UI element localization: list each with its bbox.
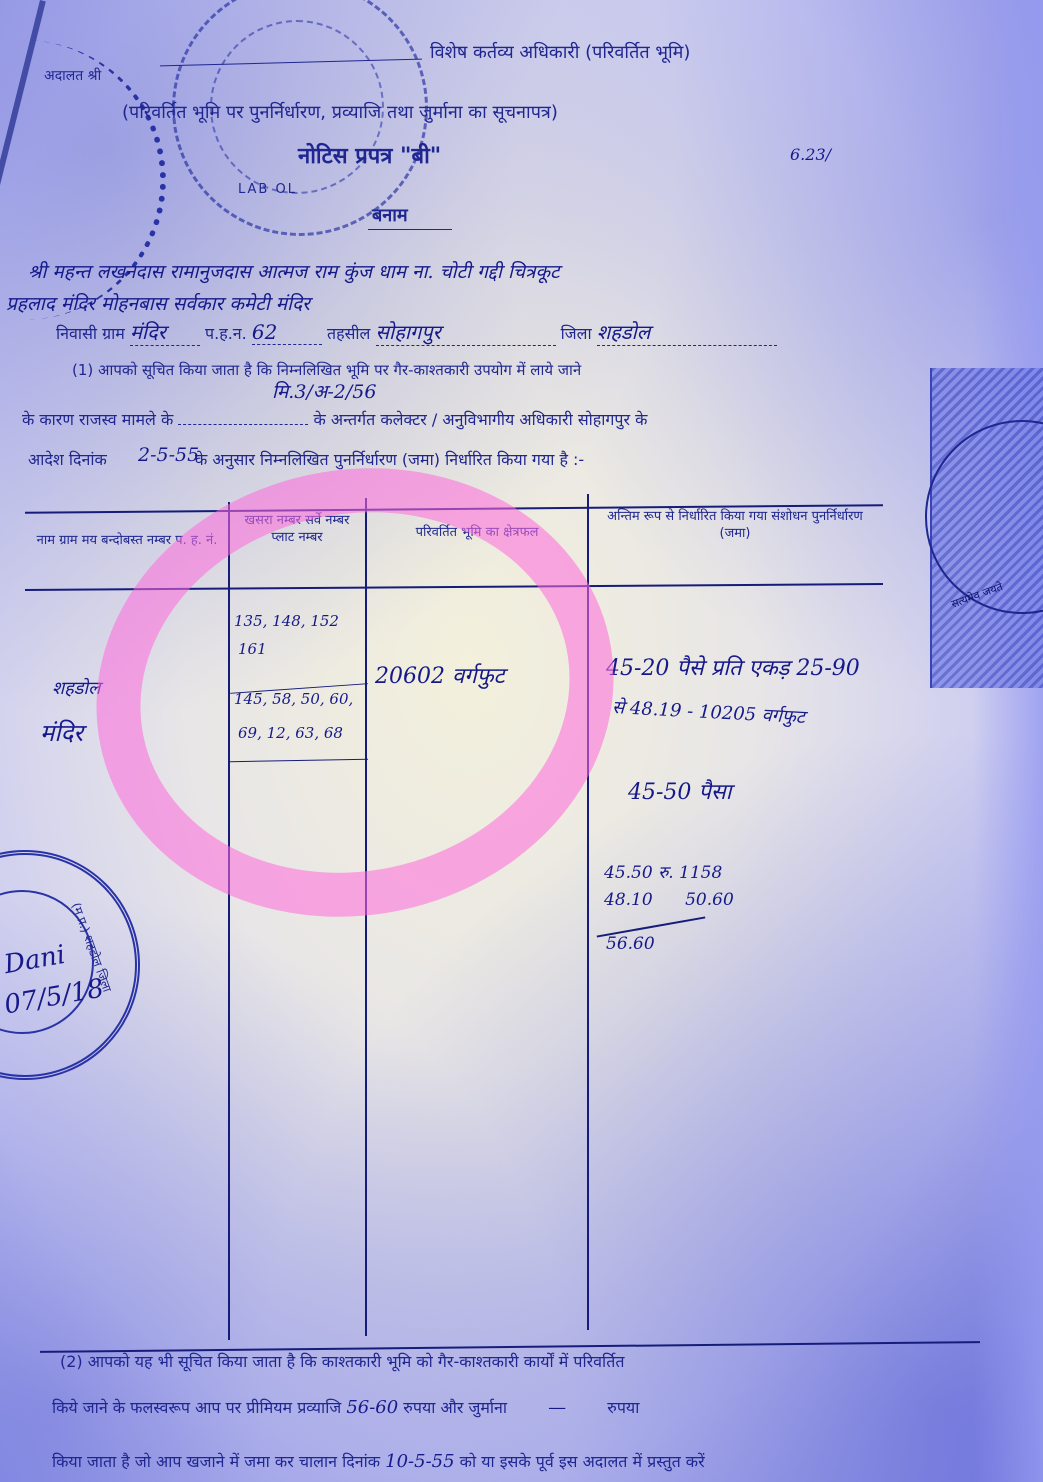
- calc-line2: 48.10 50.60: [604, 890, 734, 910]
- top-seal-text: LAB OL: [238, 182, 297, 197]
- premium-amount: 56-60: [346, 1397, 398, 1418]
- case-number: मि.3/अ-2/56: [272, 378, 376, 404]
- ph-field: 62: [252, 320, 322, 345]
- residence-label: निवासी ग्राम: [56, 324, 125, 343]
- challan-date: 10-5-55: [385, 1451, 454, 1472]
- form-title: नोटिस प्रपत्र "बी": [298, 140, 441, 170]
- district-field: शहडोल: [597, 318, 777, 346]
- district-value: शहडोल: [597, 320, 651, 344]
- calc-total: 56.60: [606, 934, 655, 954]
- court-label: अदालत श्री: [44, 66, 101, 85]
- residence-field: मंदिर: [130, 318, 200, 346]
- penalty-amount: —: [512, 1397, 602, 1418]
- para2-line3-suffix: को या इसके पूर्व इस अदालत में प्रस्तुत क…: [460, 1452, 705, 1471]
- order-date: 2-5-55: [138, 444, 199, 466]
- tehsil-value: सोहागपुर: [376, 320, 441, 344]
- party-name-line1: श्री महन्त लखनदास रामानुजदास आत्मज राम क…: [28, 258, 560, 284]
- para2-line3-prefix: किया जाता है जो आप खजाने में जमा कर चाला…: [52, 1452, 380, 1471]
- tehsil-label: तहसील: [327, 324, 370, 343]
- para1-line1: (1) आपको सूचित किया जाता है कि निम्नलिखि…: [72, 360, 581, 380]
- ph-label: प.ह.न.: [205, 324, 247, 343]
- para2-line1: (2) आपको यह भी सूचित किया जाता है कि काश…: [60, 1350, 624, 1372]
- tehsil-field: सोहागपुर: [376, 318, 556, 346]
- village-name-line2: मंदिर: [40, 716, 83, 749]
- versus-underline: [368, 229, 452, 230]
- notice-form-b-document: LAB OL सत्यमेव जयते अदालत श्री विशेष कर्…: [0, 0, 1043, 1482]
- para1-line3: आदेश दिनांक के अनुसार निम्नलिखित पुनर्नि…: [28, 448, 584, 470]
- para2-line2: किये जाने के फलस्वरूप आप पर प्रीमियम प्र…: [52, 1396, 639, 1418]
- para1-line2-prefix: के कारण राजस्व मामले के: [22, 410, 173, 429]
- revision-line1: 45-20 पैसे प्रति एकड़ 25-90: [606, 652, 860, 682]
- reference-number: 6.23/: [790, 145, 831, 164]
- para2-line2-prefix: किये जाने के फलस्वरूप आप पर प्रीमियम प्र…: [52, 1398, 341, 1417]
- case-number-field: [178, 424, 308, 425]
- para1-line3-prefix: आदेश दिनांक: [28, 450, 107, 469]
- district-label: जिला: [561, 324, 592, 343]
- residence-value: मंदिर: [130, 320, 166, 344]
- revision-line3: 45-50 पैसा: [628, 776, 731, 806]
- notice-subtitle: (परिवर्तित भूमि पर पुनर्निर्धारण, प्रव्य…: [122, 100, 558, 124]
- page-edge-shadow: [973, 0, 1043, 1482]
- party-name-line2: प्रहलाद मंदिर मोहनबास सर्वकार कमेटी मंदि…: [6, 290, 310, 316]
- para1-line2-suffix: के अन्तर्गत कलेक्टर / अनुविभागीय अधिकारी…: [313, 410, 647, 429]
- para2-line2-mid: रुपया और जुर्माना: [403, 1398, 507, 1417]
- para1-line2: के कारण राजस्व मामले के के अन्तर्गत कलेक…: [22, 408, 647, 430]
- village-name-line1: शहडोल: [52, 676, 100, 700]
- para2-line2-suffix: रुपया: [607, 1398, 639, 1417]
- versus-label: बनाम: [372, 203, 408, 227]
- ph-value: 62: [252, 320, 277, 344]
- calc-line1: 45.50 रु. 1158: [604, 860, 722, 883]
- officer-title: विशेष कर्तव्य अधिकारी (परिवर्तित भूमि): [430, 40, 690, 64]
- col-header-revision: अन्तिम रूप से निर्धारित किया गया संशोधन …: [595, 508, 875, 542]
- para1-line3-suffix: के अनुसार निम्नलिखित पुनर्निर्धारण (जमा)…: [195, 450, 584, 469]
- party-address-line: निवासी ग्राम मंदिर प.ह.न. 62 तहसील सोहाग…: [56, 318, 777, 346]
- para2-line3: किया जाता है जो आप खजाने में जमा कर चाला…: [52, 1450, 705, 1472]
